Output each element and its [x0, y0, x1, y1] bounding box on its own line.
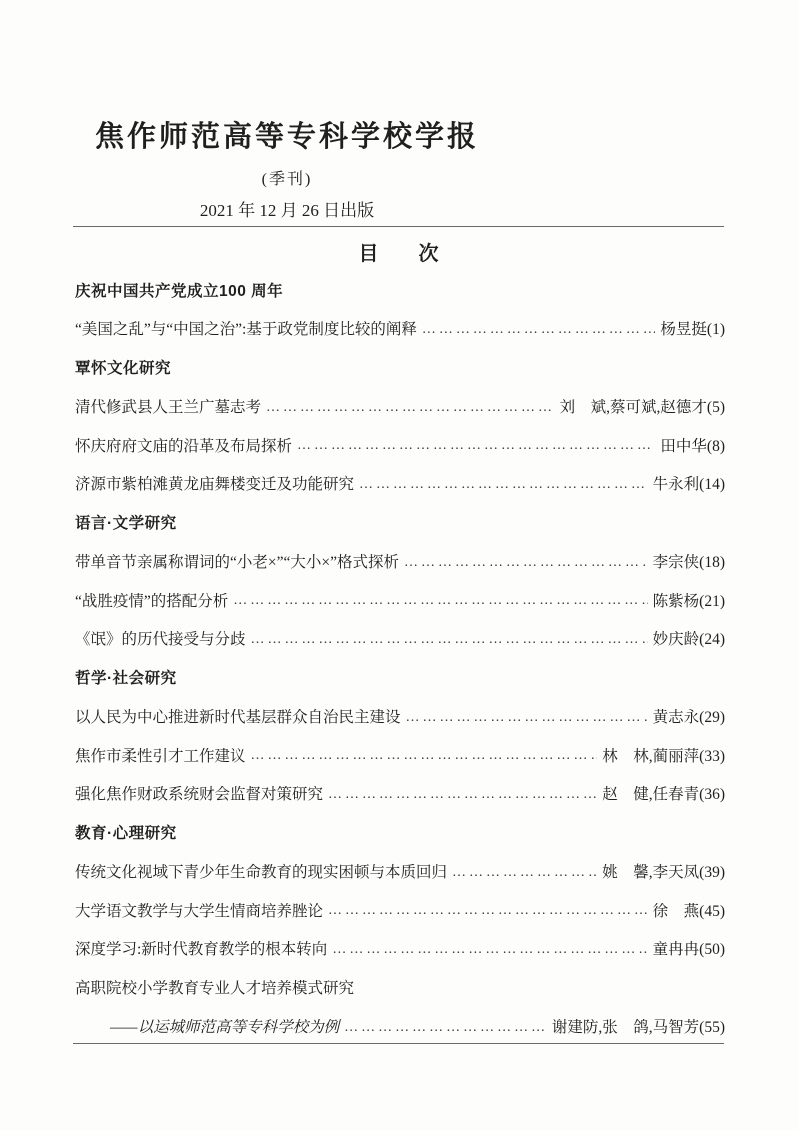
toc-entry: 带单音节亲属称谓词的“小老×”“大小×”格式探析……………………………………………	[75, 543, 725, 582]
entry-authors-page: 妙庆龄(24)	[653, 632, 725, 648]
entry-authors-page: 黄志永(29)	[653, 710, 725, 726]
journal-toc-page: 焦作师范高等专科学校学报 (季刊) 2021 年 12 月 26 日出版 目 次…	[0, 0, 799, 1131]
entry-authors-page: 赵 健,任春青(36)	[602, 787, 725, 803]
entry-authors-page: 李宗侠(18)	[653, 555, 725, 571]
entry-title: “战胜疫情”的搭配分析	[75, 594, 228, 610]
dot-leader: ……………………………………………………………………………………………………………	[332, 943, 647, 957]
entry-authors-page: 童冉冉(50)	[653, 942, 725, 958]
dot-leader: ……………………………………………………………………………………………………………	[328, 904, 648, 918]
issue-frequency: (季刊)	[75, 166, 499, 189]
entry-authors-page: 陈紫杨(21)	[653, 594, 725, 610]
toc-entry: 高职院校小学教育专业人才培养模式研究	[75, 970, 725, 1009]
entry-title: 带单音节亲属称谓词的“小老×”“大小×”格式探析	[75, 555, 399, 571]
entry-title: 深度学习:新时代教育教学的根本转向	[75, 942, 327, 958]
dot-leader: ……………………………………………………………………………………………………………	[344, 1021, 547, 1035]
entry-title: 清代修武县人王兰广墓志考	[75, 400, 261, 416]
entry-title: 以人民为中心推进新时代基层群众自治民主建设	[75, 710, 401, 726]
entry-authors-page: 田中华(8)	[660, 439, 725, 455]
toc-body: 庆祝中国共产党成立100 周年“美国之乱”与“中国之治”:基于政党制度比较的阐释…	[75, 272, 725, 1047]
entry-title: 《氓》的历代接受与分歧	[75, 632, 246, 648]
toc-entry: 济源市紫柏滩黄龙庙舞楼变迁及功能研究……………………………………………………………	[75, 466, 725, 505]
masthead: 焦作师范高等专科学校学报 (季刊) 2021 年 12 月 26 日出版	[75, 114, 499, 221]
entry-authors-page: 林 林,蔺丽萍(33)	[602, 749, 725, 765]
entry-authors-page: 杨昱挺(1)	[660, 322, 725, 338]
dot-leader: ……………………………………………………………………………………………………………	[422, 323, 656, 337]
toc-entry: “战胜疫情”的搭配分析………………………………………………………………………………	[75, 582, 725, 621]
dot-leader: ……………………………………………………………………………………………………………	[452, 866, 597, 880]
dot-leader: ……………………………………………………………………………………………………………	[233, 594, 647, 608]
entry-title: 传统文化视域下青少年生命教育的现实困顿与本质回归	[75, 865, 447, 881]
toc-entry: 焦作市柔性引才工作建议………………………………………………………………………………	[75, 737, 725, 776]
toc-entry: “美国之乱”与“中国之治”:基于政党制度比较的阐释…………………………………………	[75, 311, 725, 350]
dot-leader: ……………………………………………………………………………………………………………	[251, 749, 598, 763]
section-heading: 哲学·社会研究	[75, 660, 725, 699]
toc-entry: 强化焦作财政系统财会监督对策研究…………………………………………………………………	[75, 776, 725, 815]
entry-authors-page: 牛永利(14)	[653, 477, 725, 493]
dot-leader: ……………………………………………………………………………………………………………	[297, 439, 655, 453]
section-heading: 覃怀文化研究	[75, 350, 725, 389]
toc-entry: 怀庆府府文庙的沿革及布局探析………………………………………………………………………	[75, 427, 725, 466]
toc-title: 目 次	[73, 237, 724, 266]
entry-authors-page: 徐 燕(45)	[653, 904, 725, 920]
bottom-rule	[73, 1043, 724, 1044]
section-heading: 庆祝中国共产党成立100 周年	[75, 272, 725, 311]
entry-title: 强化焦作财政系统财会监督对策研究	[75, 787, 323, 803]
dot-leader: ……………………………………………………………………………………………………………	[328, 788, 597, 802]
top-rule	[73, 226, 724, 227]
toc-entry: 大学语文教学与大学生情商培养脞论…………………………………………………………………	[75, 892, 725, 931]
entry-title: 焦作市柔性引才工作建议	[75, 749, 246, 765]
toc-entry: 传统文化视域下青少年生命教育的现实困顿与本质回归……………………………………………	[75, 853, 725, 892]
dot-leader: ……………………………………………………………………………………………………………	[251, 633, 648, 647]
entry-title: 济源市紫柏滩黄龙庙舞楼变迁及功能研究	[75, 477, 354, 493]
dot-leader: ……………………………………………………………………………………………………………	[266, 401, 555, 415]
publish-date: 2021 年 12 月 26 日出版	[75, 196, 499, 221]
section-heading: 教育·心理研究	[75, 815, 725, 854]
dot-leader: ……………………………………………………………………………………………………………	[404, 556, 648, 570]
entry-title: 高职院校小学教育专业人才培养模式研究	[75, 981, 354, 997]
toc-entry-continuation: ——以运城师范高等专科学校为例……………………………………………………………………	[75, 1008, 725, 1047]
entry-title: “美国之乱”与“中国之治”:基于政党制度比较的阐释	[75, 322, 417, 338]
entry-title: 怀庆府府文庙的沿革及布局探析	[75, 439, 292, 455]
toc-entry: 深度学习:新时代教育教学的根本转向………………………………………………………………	[75, 931, 725, 970]
entry-title: 大学语文教学与大学生情商培养脞论	[75, 904, 323, 920]
section-heading: 语言·文学研究	[75, 505, 725, 544]
journal-title: 焦作师范高等专科学校学报	[75, 114, 499, 155]
dot-leader: ……………………………………………………………………………………………………………	[406, 711, 648, 725]
entry-authors-page: 谢建防,张 鸽,马智芳(55)	[552, 1020, 725, 1036]
entry-subtitle: ——以运城师范高等专科学校为例	[75, 1020, 339, 1036]
toc-entry: 以人民为中心推进新时代基层群众自治民主建设……………………………………………………	[75, 698, 725, 737]
dot-leader: ……………………………………………………………………………………………………………	[359, 478, 648, 492]
toc-entry: 《氓》的历代接受与分歧………………………………………………………………………………	[75, 621, 725, 660]
entry-authors-page: 刘 斌,蔡可斌,赵德才(5)	[560, 400, 725, 416]
toc-entry: 清代修武县人王兰广墓志考……………………………………………………………………………	[75, 388, 725, 427]
entry-authors-page: 姚 馨,李天凤(39)	[602, 865, 725, 881]
